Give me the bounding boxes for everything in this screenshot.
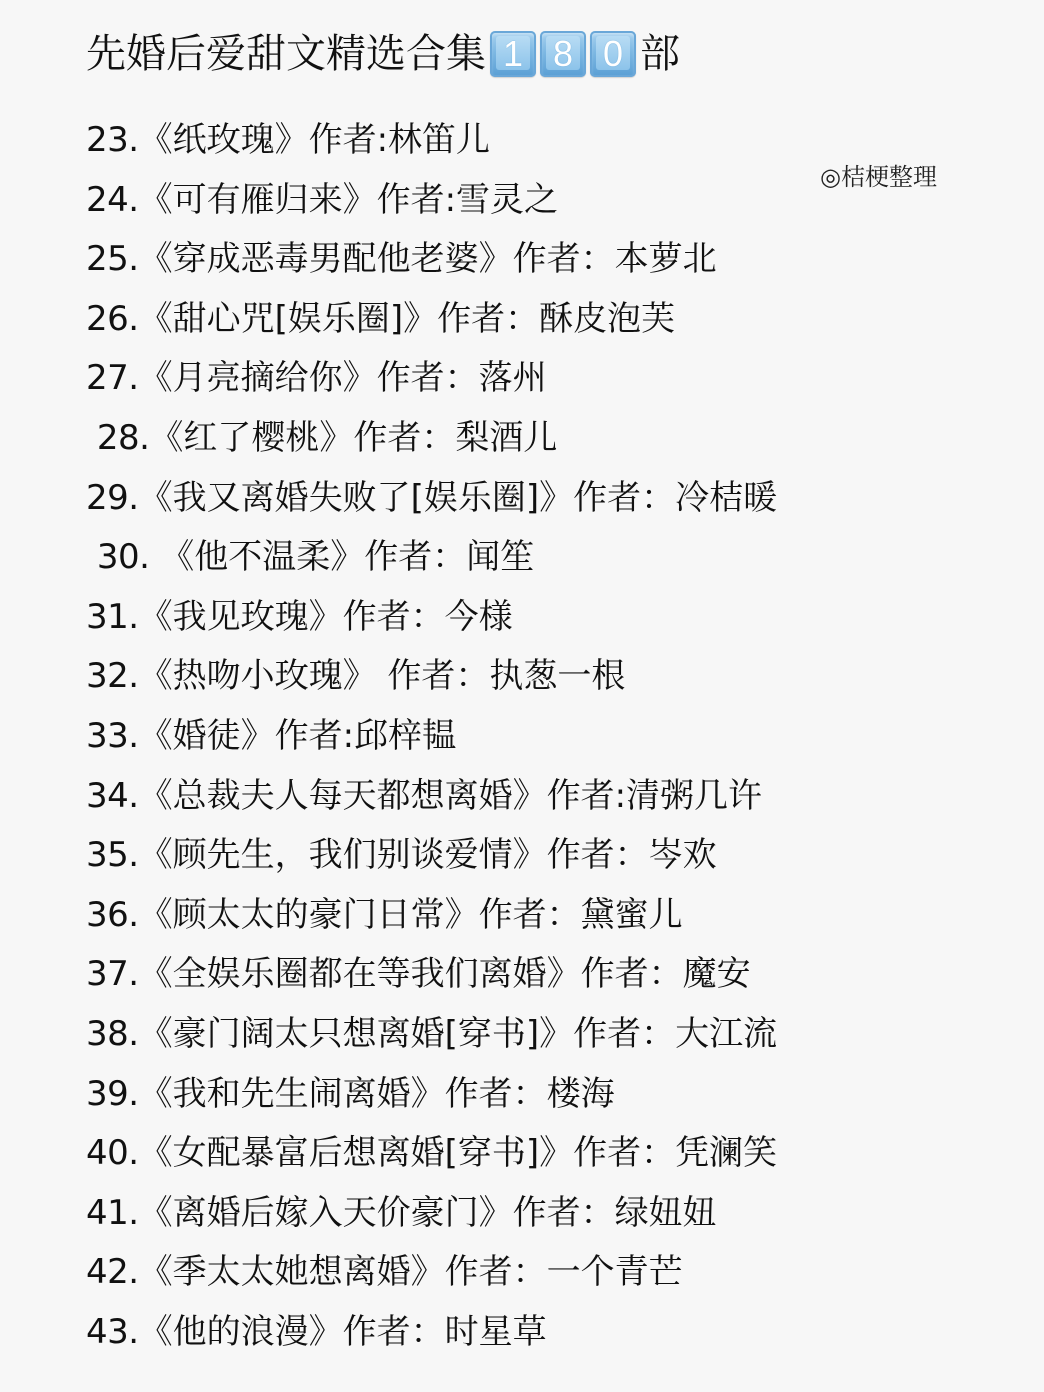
list-item: 25. 《穿成恶毒男配他老婆》 作者： 本萝北 (86, 230, 777, 290)
list-item: 24. 《可有雁归来》 作者: 雪灵之 (86, 171, 777, 231)
item-number: 40. (86, 1124, 139, 1184)
item-number: 36. (86, 886, 139, 946)
author-name: 魔安 (683, 945, 751, 1005)
title-gap (377, 647, 388, 707)
book-title: 《我见玫瑰》 (139, 588, 343, 648)
author-label: 作者： (513, 230, 615, 290)
author-name: 酥皮泡芙 (539, 290, 675, 350)
author-label: 作者： (573, 1124, 675, 1184)
author-label: 作者： (343, 1303, 445, 1363)
author-label: 作者： (387, 647, 489, 707)
list-item: 36. 《顾太太的豪门日常》 作者： 黛蜜儿 (86, 886, 777, 946)
item-number: 32. (86, 647, 139, 707)
list-item: 29. 《我又离婚失败了[娱乐圈]》 作者： 冷桔暖 (86, 469, 777, 529)
author-label: 作者： (364, 528, 466, 588)
item-number: 41. (86, 1184, 139, 1244)
book-title: 《红了樱桃》 (149, 409, 353, 469)
author-name: 大江流 (675, 1005, 777, 1065)
book-title: 《我又离婚失败了[娱乐圈]》 (139, 469, 574, 529)
page-title: 先婚后爱甜文精选合集 1 8 0 部 (86, 26, 680, 82)
list-item: 27. 《月亮摘给你》 作者： 落州 (86, 349, 777, 409)
keycap-digit-8-icon: 8 (540, 31, 586, 77)
book-title: 《豪门阔太只想离婚[穿书]》 (139, 1005, 574, 1065)
item-number: 34. (86, 767, 139, 827)
item-number: 29. (86, 469, 139, 529)
author-label: 作者： (573, 469, 675, 529)
list-item: 39. 《我和先生闹离婚》 作者： 楼海 (86, 1065, 777, 1125)
author-name: 冷桔暖 (675, 469, 777, 529)
list-item: 40. 《女配暴富后想离婚[穿书]》 作者： 凭澜笑 (86, 1124, 777, 1184)
list-item: 43. 《他的浪漫》 作者： 时星草 (86, 1303, 777, 1363)
book-title: 《月亮摘给你》 (139, 349, 377, 409)
list-item: 41. 《离婚后嫁入天价豪门》 作者： 绿妞妞 (86, 1184, 777, 1244)
author-name: 时星草 (445, 1303, 547, 1363)
list-item: 38. 《豪门阔太只想离婚[穿书]》 作者： 大江流 (86, 1005, 777, 1065)
keycap-digit-0-icon: 0 (590, 31, 636, 77)
item-number: 33. (86, 707, 139, 767)
book-title: 《热吻小玫瑰》 (139, 647, 377, 707)
keycap-digit-1-icon: 1 (490, 31, 536, 77)
author-label: 作者: (377, 171, 456, 231)
author-name: 雪灵之 (456, 171, 558, 231)
book-title: 《我和先生闹离婚》 (139, 1065, 445, 1125)
list-item: 37. 《全娱乐圈都在等我们离婚》 作者： 魔安 (86, 945, 777, 1005)
book-title: 《女配暴富后想离婚[穿书]》 (139, 1124, 574, 1184)
item-number: 25. (86, 230, 139, 290)
book-title: 《顾先生，我们别谈爱情》 (139, 826, 547, 886)
title-suffix: 部 (640, 26, 680, 82)
author-name: 一个青芒 (547, 1243, 683, 1303)
book-title: 《纸玫瑰》 (139, 111, 309, 171)
item-number: 28. (97, 409, 150, 469)
author-label: 作者： (445, 1065, 547, 1125)
author-name: 梨酒儿 (455, 409, 557, 469)
book-title: 《他的浪漫》 (139, 1303, 343, 1363)
author-name: 林笛儿 (388, 111, 490, 171)
author-name: 岑欢 (649, 826, 717, 886)
author-label: 作者： (581, 945, 683, 1005)
author-label: 作者： (377, 349, 479, 409)
author-label: 作者： (573, 1005, 675, 1065)
author-name: 闻笙 (466, 528, 534, 588)
book-title: 《总裁夫人每天都想离婚》 (139, 767, 547, 827)
item-number: 43. (86, 1303, 139, 1363)
item-number: 30. (97, 528, 150, 588)
author-name: 绿妞妞 (615, 1184, 717, 1244)
author-label: 作者: (275, 707, 354, 767)
title-prefix: 先婚后爱甜文精选合集 (86, 26, 486, 82)
watermark: ◎桔梗整理 (820, 160, 937, 194)
number-gap (149, 528, 160, 588)
book-title: 《穿成恶毒男配他老婆》 (139, 230, 513, 290)
author-label: 作者： (437, 290, 539, 350)
list-item: 26. 《甜心咒[娱乐圈]》 作者： 酥皮泡芙 (86, 290, 777, 350)
list-item: 34. 《总裁夫人每天都想离婚》 作者: 清粥几许 (86, 767, 777, 827)
author-name: 今様 (445, 588, 513, 648)
indent (86, 409, 97, 469)
item-number: 24. (86, 171, 139, 231)
author-name: 清粥几许 (626, 767, 762, 827)
book-title: 《可有雁归来》 (139, 171, 377, 231)
count-keycaps: 1 8 0 (490, 31, 636, 77)
book-title: 《甜心咒[娱乐圈]》 (139, 290, 438, 350)
book-title: 《季太太她想离婚》 (139, 1243, 445, 1303)
list-item: 35. 《顾先生，我们别谈爱情》 作者： 岑欢 (86, 826, 777, 886)
author-label: 作者： (547, 826, 649, 886)
list-item: 42. 《季太太她想离婚》 作者： 一个青芒 (86, 1243, 777, 1303)
book-title: 《全娱乐圈都在等我们离婚》 (139, 945, 581, 1005)
book-title: 《顾太太的豪门日常》 (139, 886, 479, 946)
author-name: 邱梓韫 (354, 707, 456, 767)
list-item: 31. 《我见玫瑰》 作者： 今様 (86, 588, 777, 648)
item-number: 35. (86, 826, 139, 886)
author-label: 作者： (353, 409, 455, 469)
list-item: 33. 《婚徒》 作者: 邱梓韫 (86, 707, 777, 767)
list-item: 32. 《热吻小玫瑰》 作者： 执葱一根 (86, 647, 777, 707)
author-label: 作者： (479, 886, 581, 946)
list-item: 23. 《纸玫瑰》 作者: 林笛儿 (86, 111, 777, 171)
indent (86, 528, 97, 588)
author-name: 本萝北 (615, 230, 717, 290)
author-name: 楼海 (547, 1065, 615, 1125)
author-name: 执葱一根 (489, 647, 625, 707)
item-number: 23. (86, 111, 139, 171)
item-number: 31. (86, 588, 139, 648)
book-title: 《婚徒》 (139, 707, 275, 767)
list-item: 28. 《红了樱桃》 作者： 梨酒儿 (86, 409, 777, 469)
item-number: 27. (86, 349, 139, 409)
book-title: 《离婚后嫁入天价豪门》 (139, 1184, 513, 1244)
list-item: 30. 《他不温柔》 作者： 闻笙 (86, 528, 777, 588)
author-label: 作者: (547, 767, 626, 827)
item-number: 42. (86, 1243, 139, 1303)
item-number: 26. (86, 290, 139, 350)
author-label: 作者： (343, 588, 445, 648)
author-name: 落州 (479, 349, 547, 409)
item-number: 38. (86, 1005, 139, 1065)
item-number: 37. (86, 945, 139, 1005)
author-label: 作者： (445, 1243, 547, 1303)
author-name: 黛蜜儿 (581, 886, 683, 946)
book-list: 23. 《纸玫瑰》 作者: 林笛儿 24. 《可有雁归来》 作者: 雪灵之 25… (86, 111, 777, 1362)
author-label: 作者: (309, 111, 388, 171)
author-name: 凭澜笑 (675, 1124, 777, 1184)
item-number: 39. (86, 1065, 139, 1125)
author-label: 作者： (513, 1184, 615, 1244)
book-title: 《他不温柔》 (160, 528, 364, 588)
